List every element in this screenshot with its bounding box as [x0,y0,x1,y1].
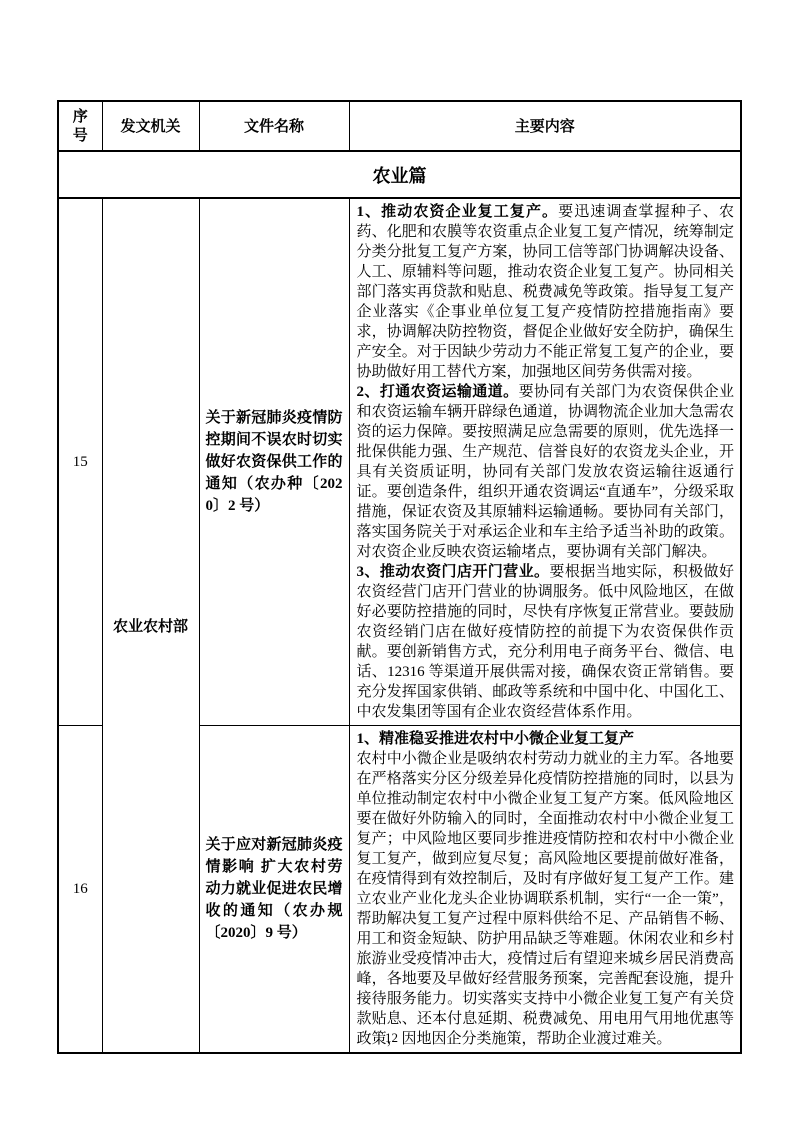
row-16-content: 1、精准稳妥推进农村中小微企业复工复产 农村中小微企业是吸纳农村劳动力就业的主力… [349,726,741,1054]
content-paragraph: 1、推动农资企业复工复产。要迅速调查掌握种子、农药、化肥和农膜等农资重点企业复工… [357,202,735,382]
agency-cell: 农业农村部 [102,198,199,1053]
page-number: 12 [0,1030,783,1046]
table-header-row: 序号 发文机关 文件名称 主要内容 [58,101,741,151]
paragraph-lead: 2、打通农资运输通道。 [357,384,519,400]
header-serial-number: 序号 [58,101,102,151]
section-row: 农业篇 [58,151,741,198]
paragraph-lead: 3、推动农资门店开门营业。 [357,564,550,580]
paragraph-lead: 1、推动农资企业复工复产。 [357,204,559,220]
row-16-serial: 16 [58,726,102,1054]
row-15-doc-name: 关于新冠肺炎疫情防控期间不误农时切实做好农资保供工作的通知（农办种〔2020〕2… [199,198,349,726]
header-issuing-agency: 发文机关 [102,101,199,151]
row-15-content: 1、推动农资企业复工复产。要迅速调查掌握种子、农药、化肥和农膜等农资重点企业复工… [349,198,741,726]
section-title: 农业篇 [58,151,741,198]
paragraph-lead: 1、精准稳妥推进农村中小微企业复工复产 [357,729,735,749]
paragraph-text: 要迅速调查掌握种子、农药、化肥和农膜等农资重点企业复工复产情况，统筹制定分类分批… [357,204,735,380]
header-document-name: 文件名称 [199,101,349,151]
content-paragraph: 2、打通农资运输通道。要协同有关部门为农资保供企业和农资运输车辆开辟绿色通道，协… [357,382,735,562]
row-16-doc-name: 关于应对新冠肺炎疫情影响 扩大农村劳动力就业促进农民增收的通知（农办规〔2020… [199,726,349,1054]
table-row: 15 农业农村部 关于新冠肺炎疫情防控期间不误农时切实做好农资保供工作的通知（农… [58,198,741,726]
header-main-content: 主要内容 [349,101,741,151]
policy-document-table: 序号 发文机关 文件名称 主要内容 农业篇 15 农业农村部 关于新冠肺炎疫情防… [57,100,742,1054]
content-paragraph: 3、推动农资门店开门营业。要根据当地实际，积极做好农资经营门店开门营业的协调服务… [357,562,735,722]
paragraph-text: 农村中小微企业是吸纳农村劳动力就业的主力军。各地要在严格落实分区分级差异化疫情防… [357,749,735,1049]
document-page: 序号 发文机关 文件名称 主要内容 农业篇 15 农业农村部 关于新冠肺炎疫情防… [0,0,793,1122]
paragraph-text: 要协同有关部门为农资保供企业和农资运输车辆开辟绿色通道，协调物流企业加大急需农资… [357,384,735,560]
paragraph-text: 要根据当地实际，积极做好农资经营门店开门营业的协调服务。低中风险地区，在做好必要… [357,564,735,720]
row-15-serial: 15 [58,198,102,726]
